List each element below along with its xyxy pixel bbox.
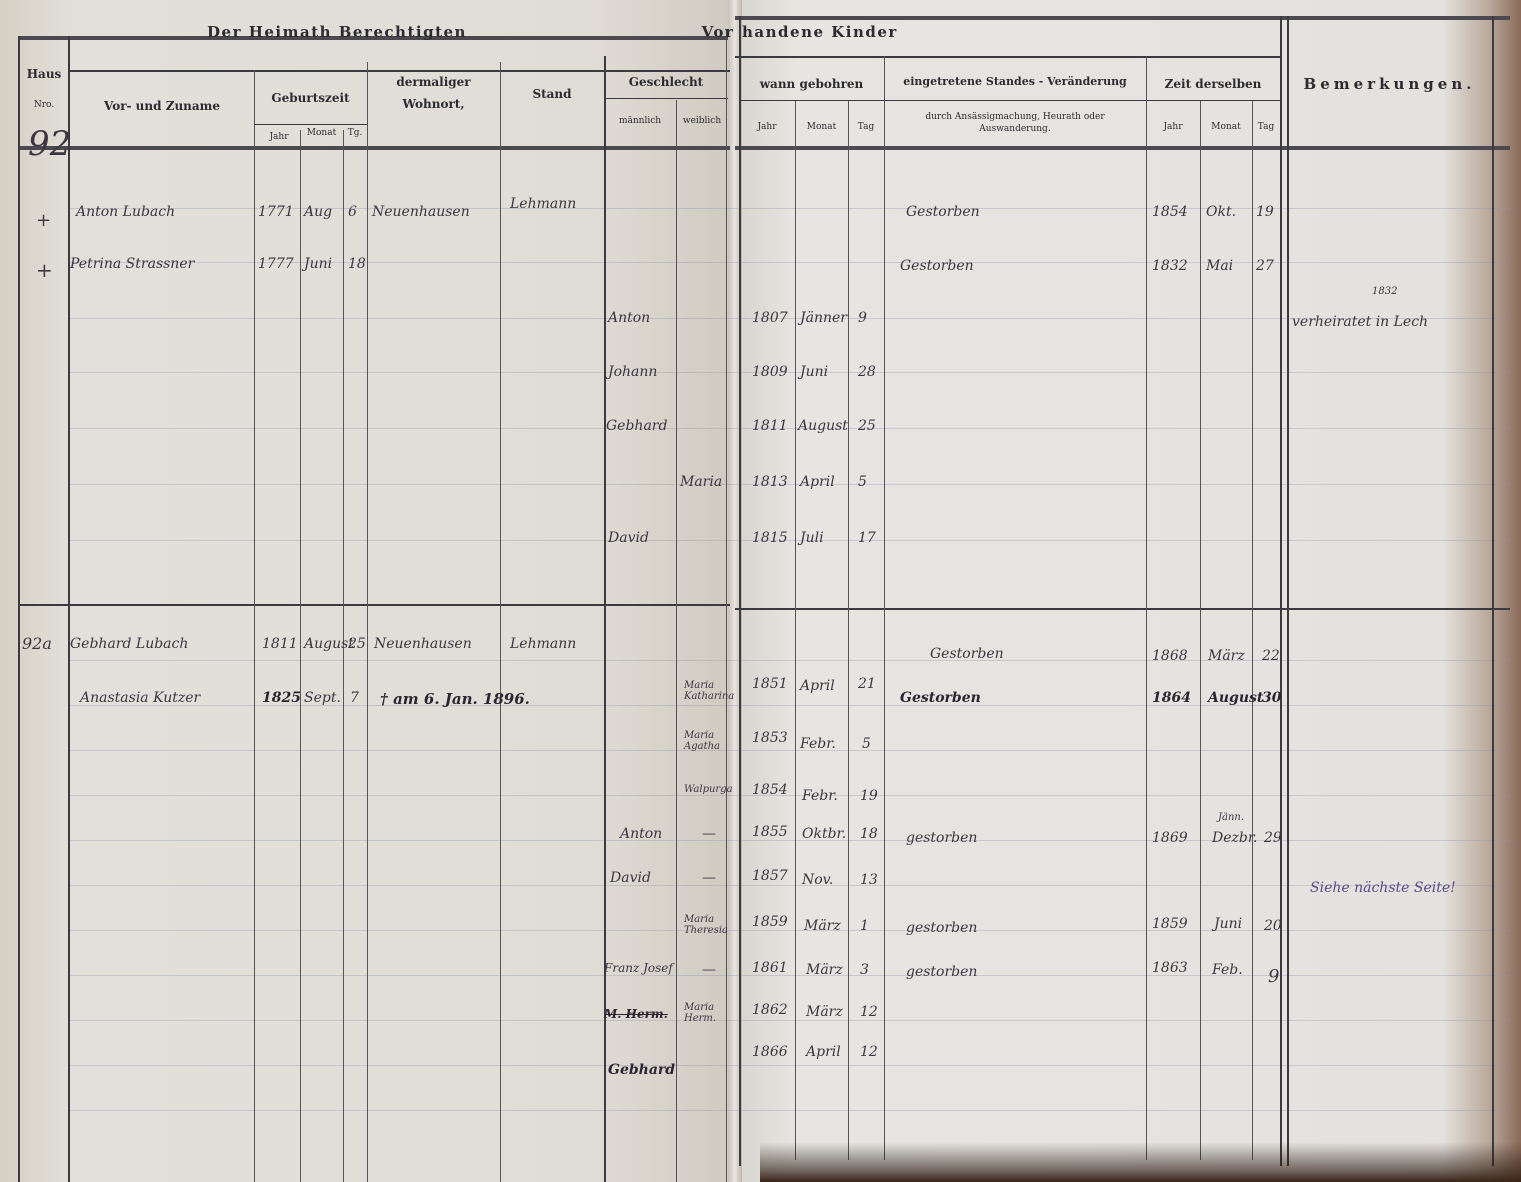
change-day: 19 bbox=[1256, 204, 1274, 220]
change-event: Gestorben bbox=[930, 646, 1004, 662]
change-day: 20 bbox=[1264, 918, 1282, 934]
child-day: 25 bbox=[858, 418, 876, 434]
child-month: April bbox=[806, 1044, 841, 1060]
adult-name: Petrina Strassner bbox=[70, 256, 194, 272]
child-male: Anton bbox=[620, 826, 662, 842]
change-year: 1864 bbox=[1152, 690, 1191, 706]
child-male: Johann bbox=[608, 364, 657, 380]
child-day: 12 bbox=[860, 1004, 878, 1020]
child-year: 1857 bbox=[752, 868, 788, 884]
adult-name: Anton Lubach bbox=[76, 204, 175, 220]
child-day: 5 bbox=[862, 736, 871, 752]
child-day: 21 bbox=[858, 676, 876, 692]
child-month: Juli bbox=[800, 530, 824, 546]
child-year: 1809 bbox=[752, 364, 788, 380]
page-edge-shadow bbox=[760, 1142, 1521, 1182]
adult-birth-month: August bbox=[304, 636, 354, 652]
adult-birth-year: 1777 bbox=[258, 256, 294, 272]
adult-birth-month: Aug bbox=[304, 204, 332, 220]
right-title-fragment: Vor bbox=[700, 24, 736, 41]
change-event: Gestorben bbox=[900, 690, 981, 706]
col-stand: Stand bbox=[500, 88, 604, 102]
child-month: Oktbr. bbox=[802, 826, 846, 842]
adult-birth-day: 25 bbox=[348, 636, 366, 652]
child-female-dash: — bbox=[702, 962, 716, 978]
child-month: Jänner bbox=[800, 310, 847, 326]
child-month: Febr. bbox=[802, 788, 838, 804]
adult-birth-day: 6 bbox=[348, 204, 357, 220]
child-male: Franz Josef bbox=[604, 962, 676, 975]
change-month: Okt. bbox=[1206, 204, 1236, 220]
adult-name: Gebhard Lubach bbox=[70, 636, 188, 652]
change-event: gestorben bbox=[906, 830, 977, 846]
child-year: 1855 bbox=[752, 824, 788, 840]
adult-residence: Neuenhausen bbox=[372, 204, 470, 220]
change-year: 1863 bbox=[1152, 960, 1188, 976]
adult-birth-month: Sept. bbox=[304, 690, 341, 706]
child-year: 1813 bbox=[752, 474, 788, 490]
right-title: handene Kinder bbox=[742, 24, 942, 41]
change-event: gestorben bbox=[906, 964, 977, 980]
deceased-mark: + bbox=[36, 258, 53, 282]
child-female: Maria Theresia bbox=[684, 914, 728, 936]
adult-stand: Lehmann bbox=[510, 636, 576, 652]
col-name: Vor- und Zuname bbox=[70, 100, 254, 114]
left-title: Der Heimath Berechtigten bbox=[70, 24, 604, 41]
right-page bbox=[735, 0, 1521, 1182]
child-year: 1854 bbox=[752, 782, 788, 798]
col-residence-1: dermaliger bbox=[367, 76, 500, 90]
child-day: 13 bbox=[860, 872, 878, 888]
adult-birth-year: 1771 bbox=[258, 204, 294, 220]
adult-birth-day: 7 bbox=[350, 690, 359, 706]
house-number-2: 92a bbox=[22, 634, 52, 653]
remark-year: 1832 bbox=[1372, 286, 1397, 297]
change-year: 1854 bbox=[1152, 204, 1188, 220]
child-female: Maria Herm. bbox=[684, 1002, 728, 1024]
child-male: Gebhard bbox=[606, 418, 667, 434]
child-day: 5 bbox=[858, 474, 867, 490]
child-year: 1807 bbox=[752, 310, 788, 326]
adult-birth-year: 1811 bbox=[262, 636, 298, 652]
child-day: 12 bbox=[860, 1044, 878, 1060]
change-year: 1869 bbox=[1152, 830, 1188, 846]
change-month: Dezbr. bbox=[1212, 830, 1257, 846]
change-day: 30 bbox=[1262, 690, 1281, 706]
adult-death-note: † am 6. Jan. 1896. bbox=[380, 690, 530, 708]
adult-birth-day: 18 bbox=[348, 256, 366, 272]
col-when: Zeit derselben bbox=[1146, 78, 1280, 92]
child-day: 9 bbox=[858, 310, 867, 326]
child-year: 1811 bbox=[752, 418, 788, 434]
change-year: 1859 bbox=[1152, 916, 1188, 932]
change-month: Feb. bbox=[1212, 962, 1243, 978]
child-day: 28 bbox=[858, 364, 876, 380]
change-month: Juni bbox=[1214, 916, 1242, 932]
child-day: 18 bbox=[860, 826, 878, 842]
child-male: Anton bbox=[608, 310, 650, 326]
adult-name: Anastasia Kutzer bbox=[80, 690, 200, 706]
col-when-month: Monat bbox=[1200, 122, 1252, 132]
change-month: Mai bbox=[1206, 258, 1233, 274]
adult-residence: Neuenhausen bbox=[374, 636, 472, 652]
child-month: März bbox=[806, 962, 843, 978]
col-when-day: Tag bbox=[1252, 122, 1280, 132]
child-month: März bbox=[804, 918, 841, 934]
col-remarks: Bemerkungen. bbox=[1287, 76, 1492, 93]
nro-label: Nro. bbox=[20, 100, 68, 110]
child-day: 19 bbox=[860, 788, 878, 804]
child-year: 1859 bbox=[752, 914, 788, 930]
col-change-sub-2: Auswanderung. bbox=[884, 124, 1146, 134]
child-day: 17 bbox=[858, 530, 876, 546]
child-year: 1866 bbox=[752, 1044, 788, 1060]
change-day: 22 bbox=[1262, 648, 1280, 664]
child-year: 1815 bbox=[752, 530, 788, 546]
deceased-mark: + bbox=[36, 210, 51, 231]
child-month: März bbox=[806, 1004, 843, 1020]
col-born-day: Tag bbox=[848, 122, 884, 132]
house-number: 92 bbox=[28, 124, 71, 164]
col-sex: Geschlecht bbox=[604, 76, 728, 90]
change-day: 29 bbox=[1264, 830, 1282, 846]
col-born-year: Jahr bbox=[739, 122, 795, 132]
child-month: Juni bbox=[800, 364, 828, 380]
child-month: April bbox=[800, 678, 835, 694]
col-residence-2: Wohnort, bbox=[367, 98, 500, 112]
adult-birth-year: 1825 bbox=[262, 690, 301, 706]
child-male: Gebhard bbox=[608, 1062, 675, 1078]
child-female-dash: — bbox=[702, 826, 716, 842]
child-male-struck: M. Herm. bbox=[604, 1008, 668, 1021]
child-male: David bbox=[610, 870, 651, 886]
child-month: Febr. bbox=[800, 736, 836, 752]
child-year: 1861 bbox=[752, 960, 788, 976]
child-male: David bbox=[608, 530, 649, 546]
remark: Siehe nächste Seite! bbox=[1310, 880, 1456, 896]
col-when-year: Jahr bbox=[1146, 122, 1200, 132]
col-birth-year: Jahr bbox=[258, 132, 300, 142]
change-year: 1868 bbox=[1152, 648, 1188, 664]
child-female: Maria Agatha bbox=[684, 730, 728, 752]
child-year: 1851 bbox=[752, 676, 788, 692]
adult-stand: Lehmann bbox=[510, 196, 576, 212]
change-event: Gestorben bbox=[900, 258, 974, 274]
change-event: gestorben bbox=[906, 920, 977, 936]
adult-birth-month: Juni bbox=[304, 256, 332, 272]
child-month: Nov. bbox=[802, 872, 833, 888]
col-birth-month: Monat bbox=[300, 128, 343, 138]
col-female: weiblich bbox=[676, 116, 728, 126]
col-change-sub-1: durch Ansässigmachung, Heurath oder bbox=[884, 112, 1146, 122]
change-event: Gestorben bbox=[906, 204, 980, 220]
child-month: April bbox=[800, 474, 835, 490]
child-female: Maria bbox=[680, 474, 722, 490]
child-female: Walpurga bbox=[684, 784, 733, 795]
col-born: wann gebohren bbox=[739, 78, 884, 92]
change-year: 1832 bbox=[1152, 258, 1188, 274]
change-month: März bbox=[1208, 648, 1245, 664]
col-male: männlich bbox=[604, 116, 676, 126]
change-month-note: Jänn. bbox=[1218, 812, 1244, 823]
child-month: August bbox=[798, 418, 848, 434]
child-female-dash: — bbox=[702, 870, 716, 886]
child-day: 3 bbox=[860, 962, 869, 978]
col-change: eingetretene Standes - Veränderung bbox=[884, 76, 1146, 89]
col-birth: Geburtszeit bbox=[254, 92, 367, 106]
col-born-month: Monat bbox=[795, 122, 848, 132]
haus-label: Haus bbox=[20, 68, 68, 82]
child-year: 1862 bbox=[752, 1002, 788, 1018]
change-month: August bbox=[1208, 690, 1263, 706]
col-birth-day: Tg. bbox=[343, 128, 367, 138]
child-year: 1853 bbox=[752, 730, 788, 746]
remark: verheiratet in Lech bbox=[1292, 314, 1428, 330]
child-female: Maria Katharina bbox=[684, 680, 728, 702]
change-day: 27 bbox=[1256, 258, 1274, 274]
child-day: 1 bbox=[860, 918, 869, 934]
change-day: 9 bbox=[1268, 966, 1279, 987]
